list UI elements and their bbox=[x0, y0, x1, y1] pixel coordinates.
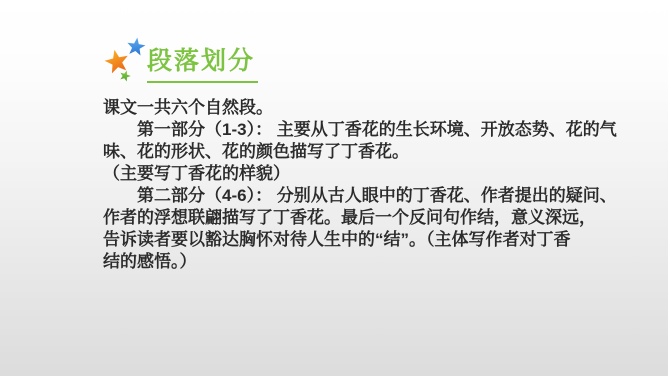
body-line-1: 课文一共六个自然段。 bbox=[103, 97, 583, 119]
body-line-3: 味、花的形状、花的颜色描写了丁香花。 bbox=[103, 141, 583, 163]
green-star-icon bbox=[117, 68, 132, 83]
body-line-6: 作者的浮想联翩描写了丁香花。最后一个反问句作结，意义深远， bbox=[103, 207, 583, 229]
body-line-7: 告诉读者要以豁达胸怀对待人生中的“结”。（主体写作者对丁香 bbox=[103, 229, 583, 251]
body-line-5: 第二部分（4-6）： 分别从古人眼中的丁香花、作者提出的疑问、 bbox=[103, 185, 583, 207]
slide-body: 课文一共六个自然段。 第一部分（1-3）： 主要从丁香花的生长环境、开放态势、花… bbox=[103, 97, 583, 273]
body-line-2: 第一部分（1-3）： 主要从丁香花的生长环境、开放态势、花的气 bbox=[103, 119, 583, 141]
blue-star-icon bbox=[125, 36, 148, 59]
body-line-8: 结的感悟。） bbox=[103, 251, 583, 273]
body-line-4: （主要写丁香花的样貌） bbox=[103, 163, 583, 185]
slide-title-block: 段落划分 bbox=[0, 0, 668, 90]
slide-title: 段落划分 bbox=[147, 41, 258, 83]
presentation-slide: 段落划分 课文一共六个自然段。 第一部分（1-3）： 主要从丁香花的生长环境、开… bbox=[0, 0, 668, 376]
